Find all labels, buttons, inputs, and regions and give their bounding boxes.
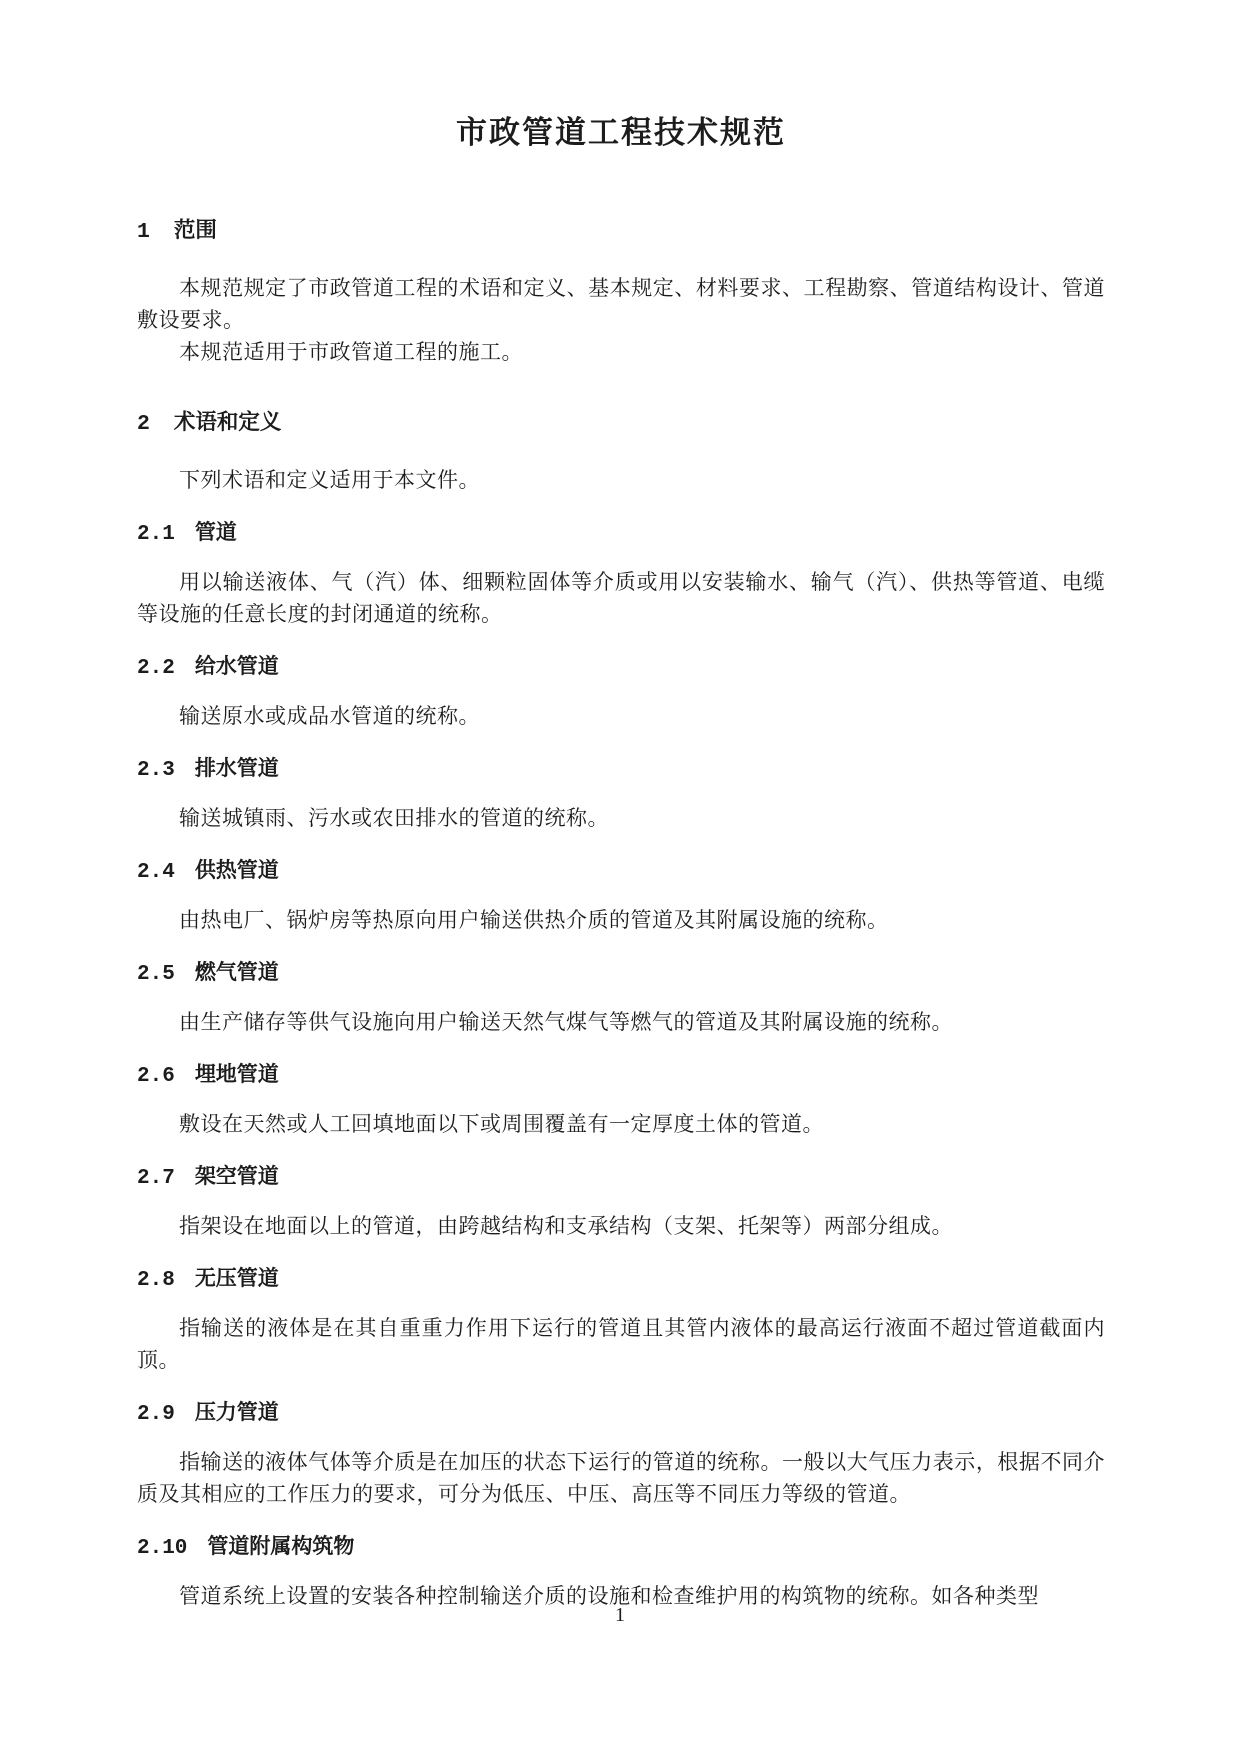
term-2-5-heading: 2.5燃气管道 bbox=[137, 957, 1105, 991]
term-2-7-number: 2.7 bbox=[137, 1163, 175, 1195]
term-2-3-title: 排水管道 bbox=[195, 757, 279, 780]
term-2-7-title: 架空管道 bbox=[195, 1165, 279, 1188]
term-2-10-heading: 2.10管道附属构筑物 bbox=[137, 1531, 1105, 1565]
term-2-2-number: 2.2 bbox=[137, 653, 175, 685]
term-2-8-number: 2.8 bbox=[137, 1265, 175, 1297]
term-2-3-heading: 2.3排水管道 bbox=[137, 753, 1105, 787]
chapter-2-heading: 2术语和定义 bbox=[137, 406, 1105, 440]
term-2-5-number: 2.5 bbox=[137, 959, 175, 991]
term-2-4-heading: 2.4供热管道 bbox=[137, 855, 1105, 889]
term-2-2-heading: 2.2给水管道 bbox=[137, 651, 1105, 685]
term-2-2-definition: 输送原水或成品水管道的统称。 bbox=[137, 700, 1105, 732]
chapter-1-heading: 1范围 bbox=[137, 214, 1105, 248]
term-2-4-definition: 由热电厂、锅炉房等热原向用户输送供热介质的管道及其附属设施的统称。 bbox=[137, 904, 1105, 936]
chapter-1-paragraph-2: 本规范适用于市政管道工程的施工。 bbox=[137, 336, 1105, 368]
term-2-5-definition: 由生产储存等供气设施向用户输送天然气煤气等燃气的管道及其附属设施的统称。 bbox=[137, 1006, 1105, 1038]
term-2-10-title: 管道附属构筑物 bbox=[207, 1535, 354, 1558]
term-2-10-number: 2.10 bbox=[137, 1533, 187, 1565]
term-2-1-title: 管道 bbox=[195, 521, 237, 544]
term-2-9-title: 压力管道 bbox=[195, 1401, 279, 1424]
term-2-1-number: 2.1 bbox=[137, 519, 175, 551]
term-2-1-definition: 用以输送液体、气（汽）体、细颗粒固体等介质或用以安装输水、输气（汽）、供热等管道… bbox=[137, 566, 1105, 630]
document-title: 市政管道工程技术规范 bbox=[137, 112, 1105, 154]
term-2-1-heading: 2.1管道 bbox=[137, 517, 1105, 551]
term-2-4-title: 供热管道 bbox=[195, 859, 279, 882]
chapter-1-number: 1 bbox=[137, 216, 150, 248]
term-2-9-definition: 指输送的液体气体等介质是在加压的状态下运行的管道的统称。一般以大气压力表示，根据… bbox=[137, 1446, 1105, 1510]
chapter-1-paragraph-1: 本规范规定了市政管道工程的术语和定义、基本规定、材料要求、工程勘察、管道结构设计… bbox=[137, 272, 1105, 336]
chapter-1-title: 范围 bbox=[174, 218, 217, 242]
chapter-2-intro: 下列术语和定义适用于本文件。 bbox=[137, 464, 1105, 496]
term-2-9-number: 2.9 bbox=[137, 1399, 175, 1431]
page-number: 1 bbox=[0, 1601, 1240, 1629]
term-2-9-heading: 2.9压力管道 bbox=[137, 1397, 1105, 1431]
term-2-5-title: 燃气管道 bbox=[195, 961, 279, 984]
document-page: 市政管道工程技术规范 1范围 本规范规定了市政管道工程的术语和定义、基本规定、材… bbox=[0, 0, 1240, 1754]
term-2-7-definition: 指架设在地面以上的管道，由跨越结构和支承结构（支架、托架等）两部分组成。 bbox=[137, 1210, 1105, 1242]
term-2-6-number: 2.6 bbox=[137, 1061, 175, 1093]
term-2-2-title: 给水管道 bbox=[195, 655, 279, 678]
term-2-3-number: 2.3 bbox=[137, 755, 175, 787]
term-2-3-definition: 输送城镇雨、污水或农田排水的管道的统称。 bbox=[137, 802, 1105, 834]
term-2-6-heading: 2.6埋地管道 bbox=[137, 1059, 1105, 1093]
term-2-4-number: 2.4 bbox=[137, 857, 175, 889]
term-2-6-definition: 敷设在天然或人工回填地面以下或周围覆盖有一定厚度土体的管道。 bbox=[137, 1108, 1105, 1140]
chapter-2-number: 2 bbox=[137, 408, 150, 440]
term-2-8-title: 无压管道 bbox=[195, 1267, 279, 1290]
term-2-6-title: 埋地管道 bbox=[195, 1063, 279, 1086]
term-2-7-heading: 2.7架空管道 bbox=[137, 1161, 1105, 1195]
term-2-8-definition: 指输送的液体是在其自重重力作用下运行的管道且其管内液体的最高运行液面不超过管道截… bbox=[137, 1312, 1105, 1376]
term-2-8-heading: 2.8无压管道 bbox=[137, 1263, 1105, 1297]
chapter-2-title: 术语和定义 bbox=[174, 410, 282, 434]
